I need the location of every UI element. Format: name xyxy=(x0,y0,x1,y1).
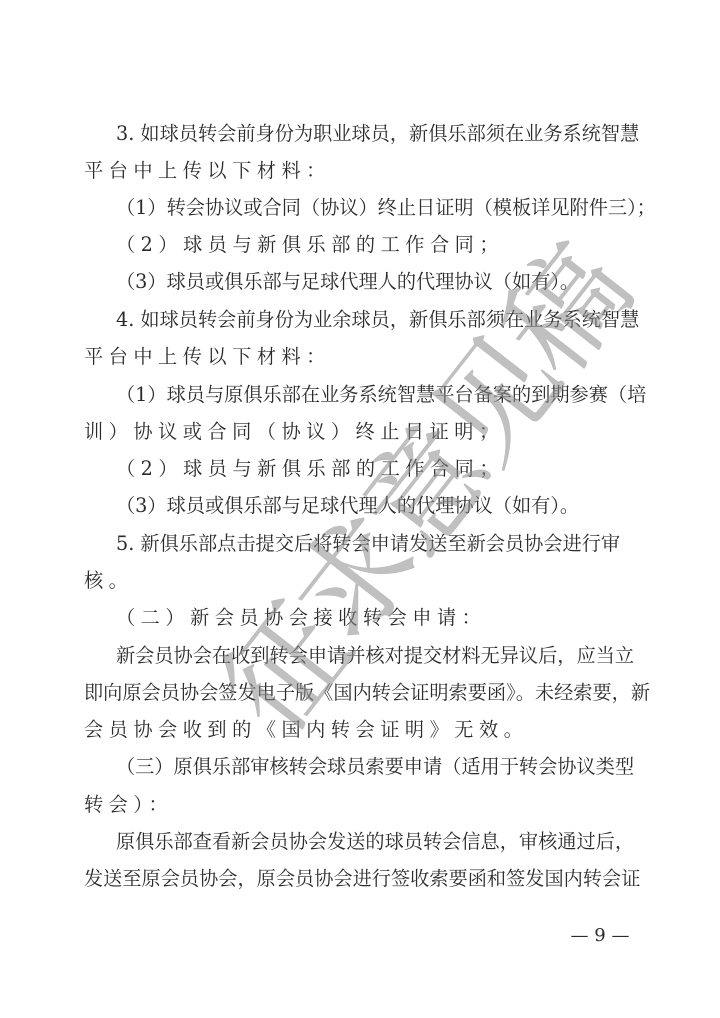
text-line: 新会员协会在收到转会申请并核对提交材料无异议后，应当立 xyxy=(116,644,640,668)
page-number: — 9 — xyxy=(560,924,640,948)
text-line: 5. 新俱乐部点击提交后将转会申请发送至新会员协会进行审 xyxy=(116,532,640,556)
text-line: （3）球员或俱乐部与足球代理人的代理协议（如有）。 xyxy=(116,494,640,518)
text-line: 核。 xyxy=(84,569,640,593)
text-line: 平台中上传以下材料： xyxy=(84,159,640,183)
text-line: （3）球员或俱乐部与足球代理人的代理协议（如有）。 xyxy=(116,270,640,294)
text-line: 即向原会员协会签发电子版《国内转会证明索要函》。未经索要，新 xyxy=(84,681,640,705)
text-line: （1）球员与原俱乐部在业务系统智慧平台备案的到期参赛（培 xyxy=(116,383,640,407)
text-line: （二）新会员协会接收转会申请： xyxy=(116,606,640,630)
text-line: 原俱乐部查看新会员协会发送的球员转会信息，审核通过后， xyxy=(116,830,640,854)
text-line: （2）球员与新俱乐部的工作合同； xyxy=(116,233,640,257)
text-line: 4. 如球员转会前身份为业余球员，新俱乐部须在业务系统智慧 xyxy=(116,308,640,332)
text-line: （三）原俱乐部审核转会球员索要申请（适用于转会协议类型 xyxy=(116,755,640,779)
text-line: 发送至原会员协会，原会员协会进行签收索要函和签发国内转会证 xyxy=(84,867,640,891)
document-page: 3. 如球员转会前身份为职业球员，新俱乐部须在业务系统智慧平台中上传以下材料：（… xyxy=(0,0,720,1018)
text-line: （1）转会协议或合同（协议）终止日证明（模板详见附件三）； xyxy=(116,196,640,220)
text-line: 平台中上传以下材料： xyxy=(84,345,640,369)
text-line: 3. 如球员转会前身份为职业球员，新俱乐部须在业务系统智慧 xyxy=(116,122,640,146)
text-line: 训）协议或合同（协议）终止日证明； xyxy=(84,420,640,444)
text-line: 会员协会收到的《国内转会证明》无效。 xyxy=(84,718,640,742)
text-line: （2）球员与新俱乐部的工作合同； xyxy=(116,457,640,481)
text-line: 转会）： xyxy=(84,793,640,817)
